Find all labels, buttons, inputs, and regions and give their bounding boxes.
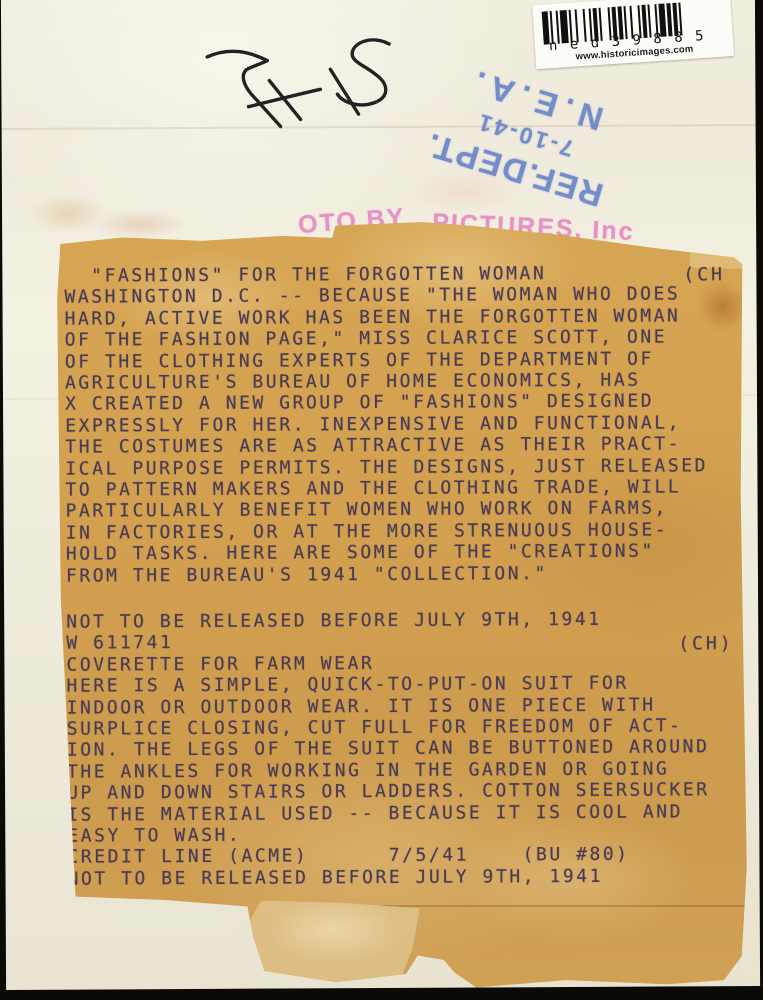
caption-paragraph-1: "FASHIONS" FOR THE FORGOTTEN WOMANWASHIN… [64,262,736,587]
typed-line: OF THE FASHION PAGE," MISS CLARICE SCOTT… [65,326,735,351]
caption-sheet: (CH "FASHIONS" FOR THE FORGOTTEN WOMANWA… [56,218,748,990]
typed-line: HOLD TASKS. HERE ARE SOME OF THE "CREATI… [66,540,736,565]
photo-paper-back: REF.DEPT. 7-10-41 N.E.A. OTO BY PICTURES… [1,0,760,990]
typed-line: UP AND DOWN STAIRS OR LADDERS. COTTON SE… [67,779,747,804]
sheet-crease-line [380,905,746,907]
barcode-sticker: ned39885 www.historicimages.com [532,0,734,69]
typed-line: IS THE MATERIAL USED -- BECAUSE IT IS CO… [67,801,747,826]
delaminated-patch [248,900,420,987]
typed-line: FROM THE BUREAU'S 1941 "COLLECTION." [66,562,736,587]
residue-stain [94,209,186,239]
tape-piece [690,218,747,269]
caption-paragraph-2: NOT TO BE RELEASED BEFORE JULY 9TH, 1941… [66,608,747,890]
typed-line: NOT TO BE RELEASED BEFORE JULY 9TH, 1941 [67,865,747,890]
typed-line: THE COSTUMES ARE AS ATTRACTIVE AS THEIR … [65,433,735,458]
